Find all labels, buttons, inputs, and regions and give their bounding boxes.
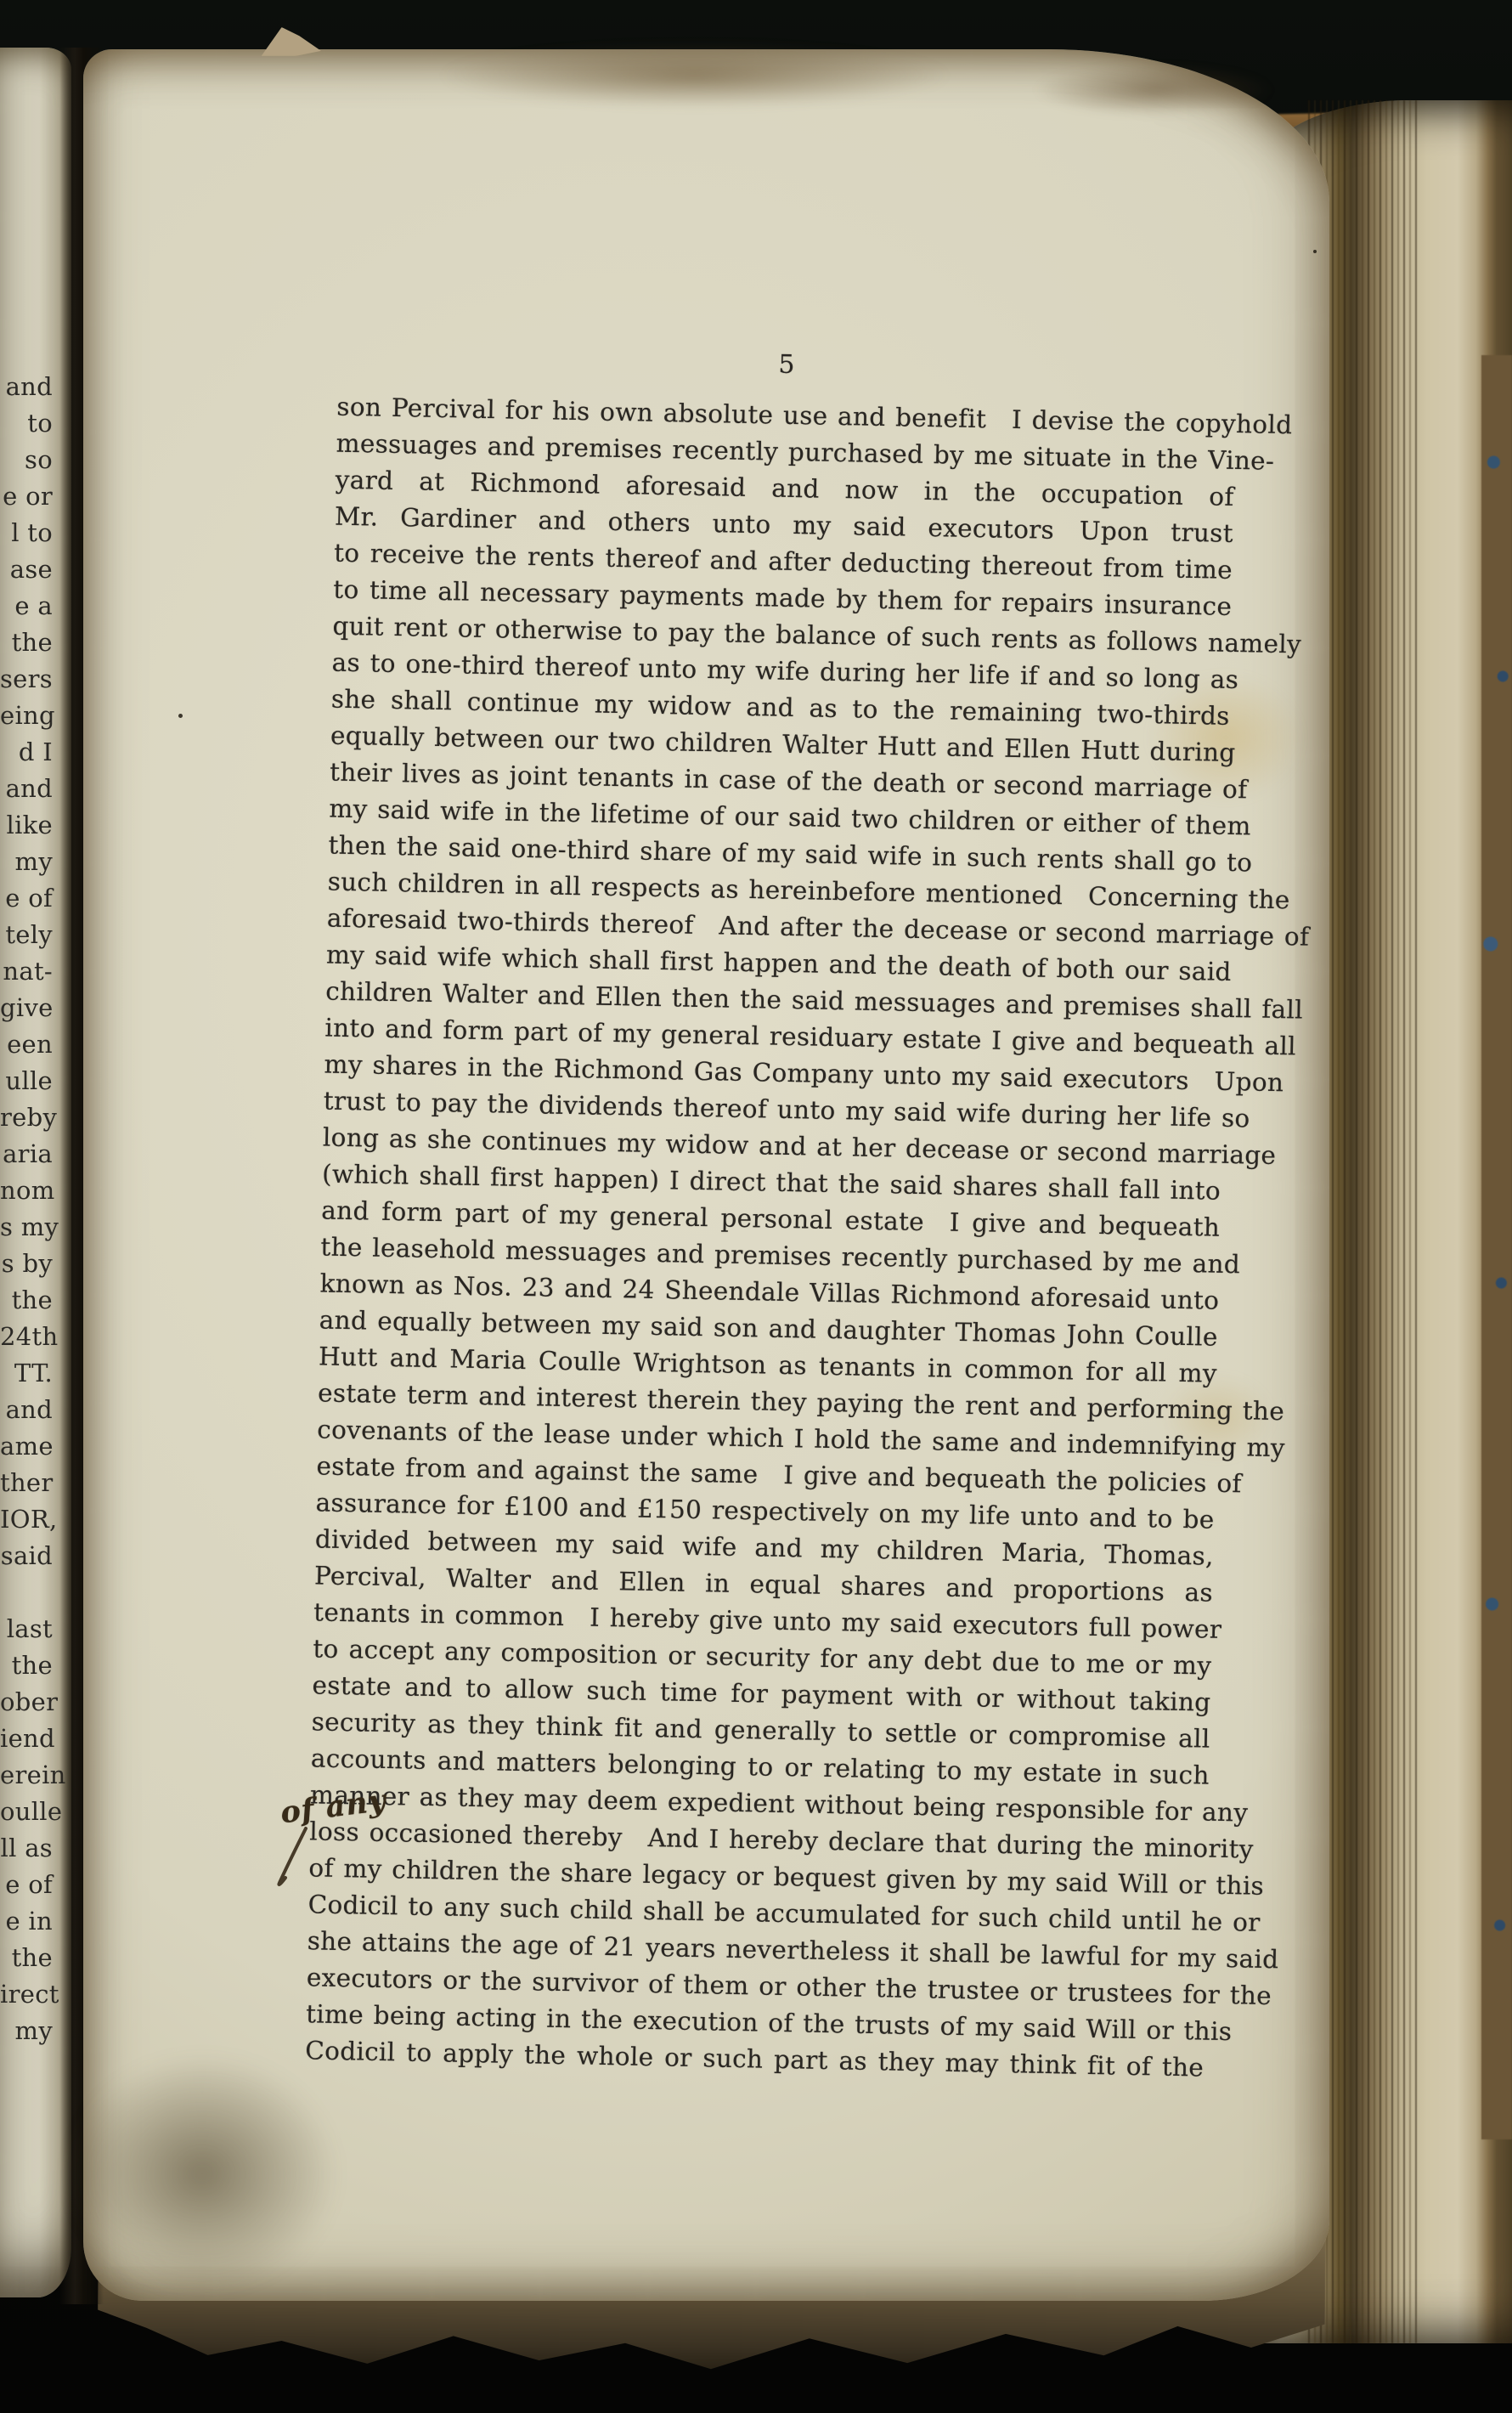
text-fragment: the — [0, 1940, 53, 1976]
text-fragment: the — [0, 1647, 53, 1684]
marbled-cover-edge — [1481, 355, 1512, 2139]
text-fragment: e of — [0, 880, 53, 917]
text-fragment: ulle — [0, 1063, 53, 1099]
text-fragment: TT. — [0, 1355, 53, 1392]
page-stain — [1035, 65, 1272, 116]
text-fragment: e in — [0, 1903, 53, 1940]
text-fragment: ll as — [0, 1830, 53, 1867]
text-fragment: d I — [0, 734, 53, 771]
text-fragment: give — [0, 990, 53, 1026]
text-fragment: tely — [0, 917, 53, 953]
text-fragment: l to — [0, 515, 53, 551]
text-fragment: iend — [0, 1721, 53, 1757]
text-fragment: nom — [0, 1173, 53, 1209]
text-fragment: nat- — [0, 953, 53, 990]
document-page: 5 son Percival for his own absolute use … — [83, 49, 1329, 2301]
text-fragment: IOR, — [0, 1501, 53, 1538]
text-fragment: aria — [0, 1136, 53, 1173]
page-stain — [66, 2054, 338, 2292]
text-fragment: my — [0, 844, 53, 880]
insertion-caret-mark — [272, 1825, 313, 1893]
page-stain — [440, 44, 950, 107]
page-speck — [1313, 250, 1317, 253]
text-fragment: s by — [0, 1246, 53, 1282]
text-fragment: ase — [0, 551, 53, 588]
text-fragment: ame — [0, 1428, 53, 1465]
text-fragment: eing — [0, 698, 53, 734]
page-speck — [178, 714, 183, 718]
text-fragment: ther — [0, 1465, 53, 1501]
text-fragment: and — [0, 1392, 53, 1428]
text-fragment: erein — [0, 1757, 53, 1794]
book-scan: andtosoe orl toasee atheserseingd Iandli… — [0, 0, 1512, 2413]
text-fragment: e of — [0, 1867, 53, 1903]
text-fragment: the — [0, 624, 53, 661]
text-fragment: irect — [0, 1976, 53, 2013]
text-fragment: ober — [0, 1684, 53, 1721]
text-fragment: said — [0, 1538, 53, 1574]
text-fragment: s my — [0, 1209, 53, 1246]
facing-page-text-fragments: andtosoe orl toasee atheserseingd Iandli… — [0, 369, 53, 2049]
text-fragment: reby — [0, 1099, 53, 1136]
text-fragment: sers — [0, 661, 53, 698]
body-paragraph: son Percival for his own absolute use an… — [305, 389, 1236, 2087]
text-fragment: the — [0, 1282, 53, 1319]
text-fragment: last — [0, 1611, 53, 1647]
text-fragment: to — [0, 405, 53, 442]
text-fragment: like — [0, 807, 53, 844]
text-fragment: so — [0, 442, 53, 478]
text-fragment: my — [0, 2013, 53, 2049]
text-fragment: e or — [0, 478, 53, 515]
page-text: 5 son Percival for his own absolute use … — [305, 340, 1237, 2087]
text-fragment — [0, 1574, 53, 1611]
text-fragment: and — [0, 369, 53, 405]
text-fragment: een — [0, 1026, 53, 1063]
text-fragment: 24th — [0, 1319, 53, 1355]
text-fragment: and — [0, 771, 53, 807]
text-fragment: e a — [0, 588, 53, 624]
text-fragment: oulle — [0, 1794, 53, 1830]
